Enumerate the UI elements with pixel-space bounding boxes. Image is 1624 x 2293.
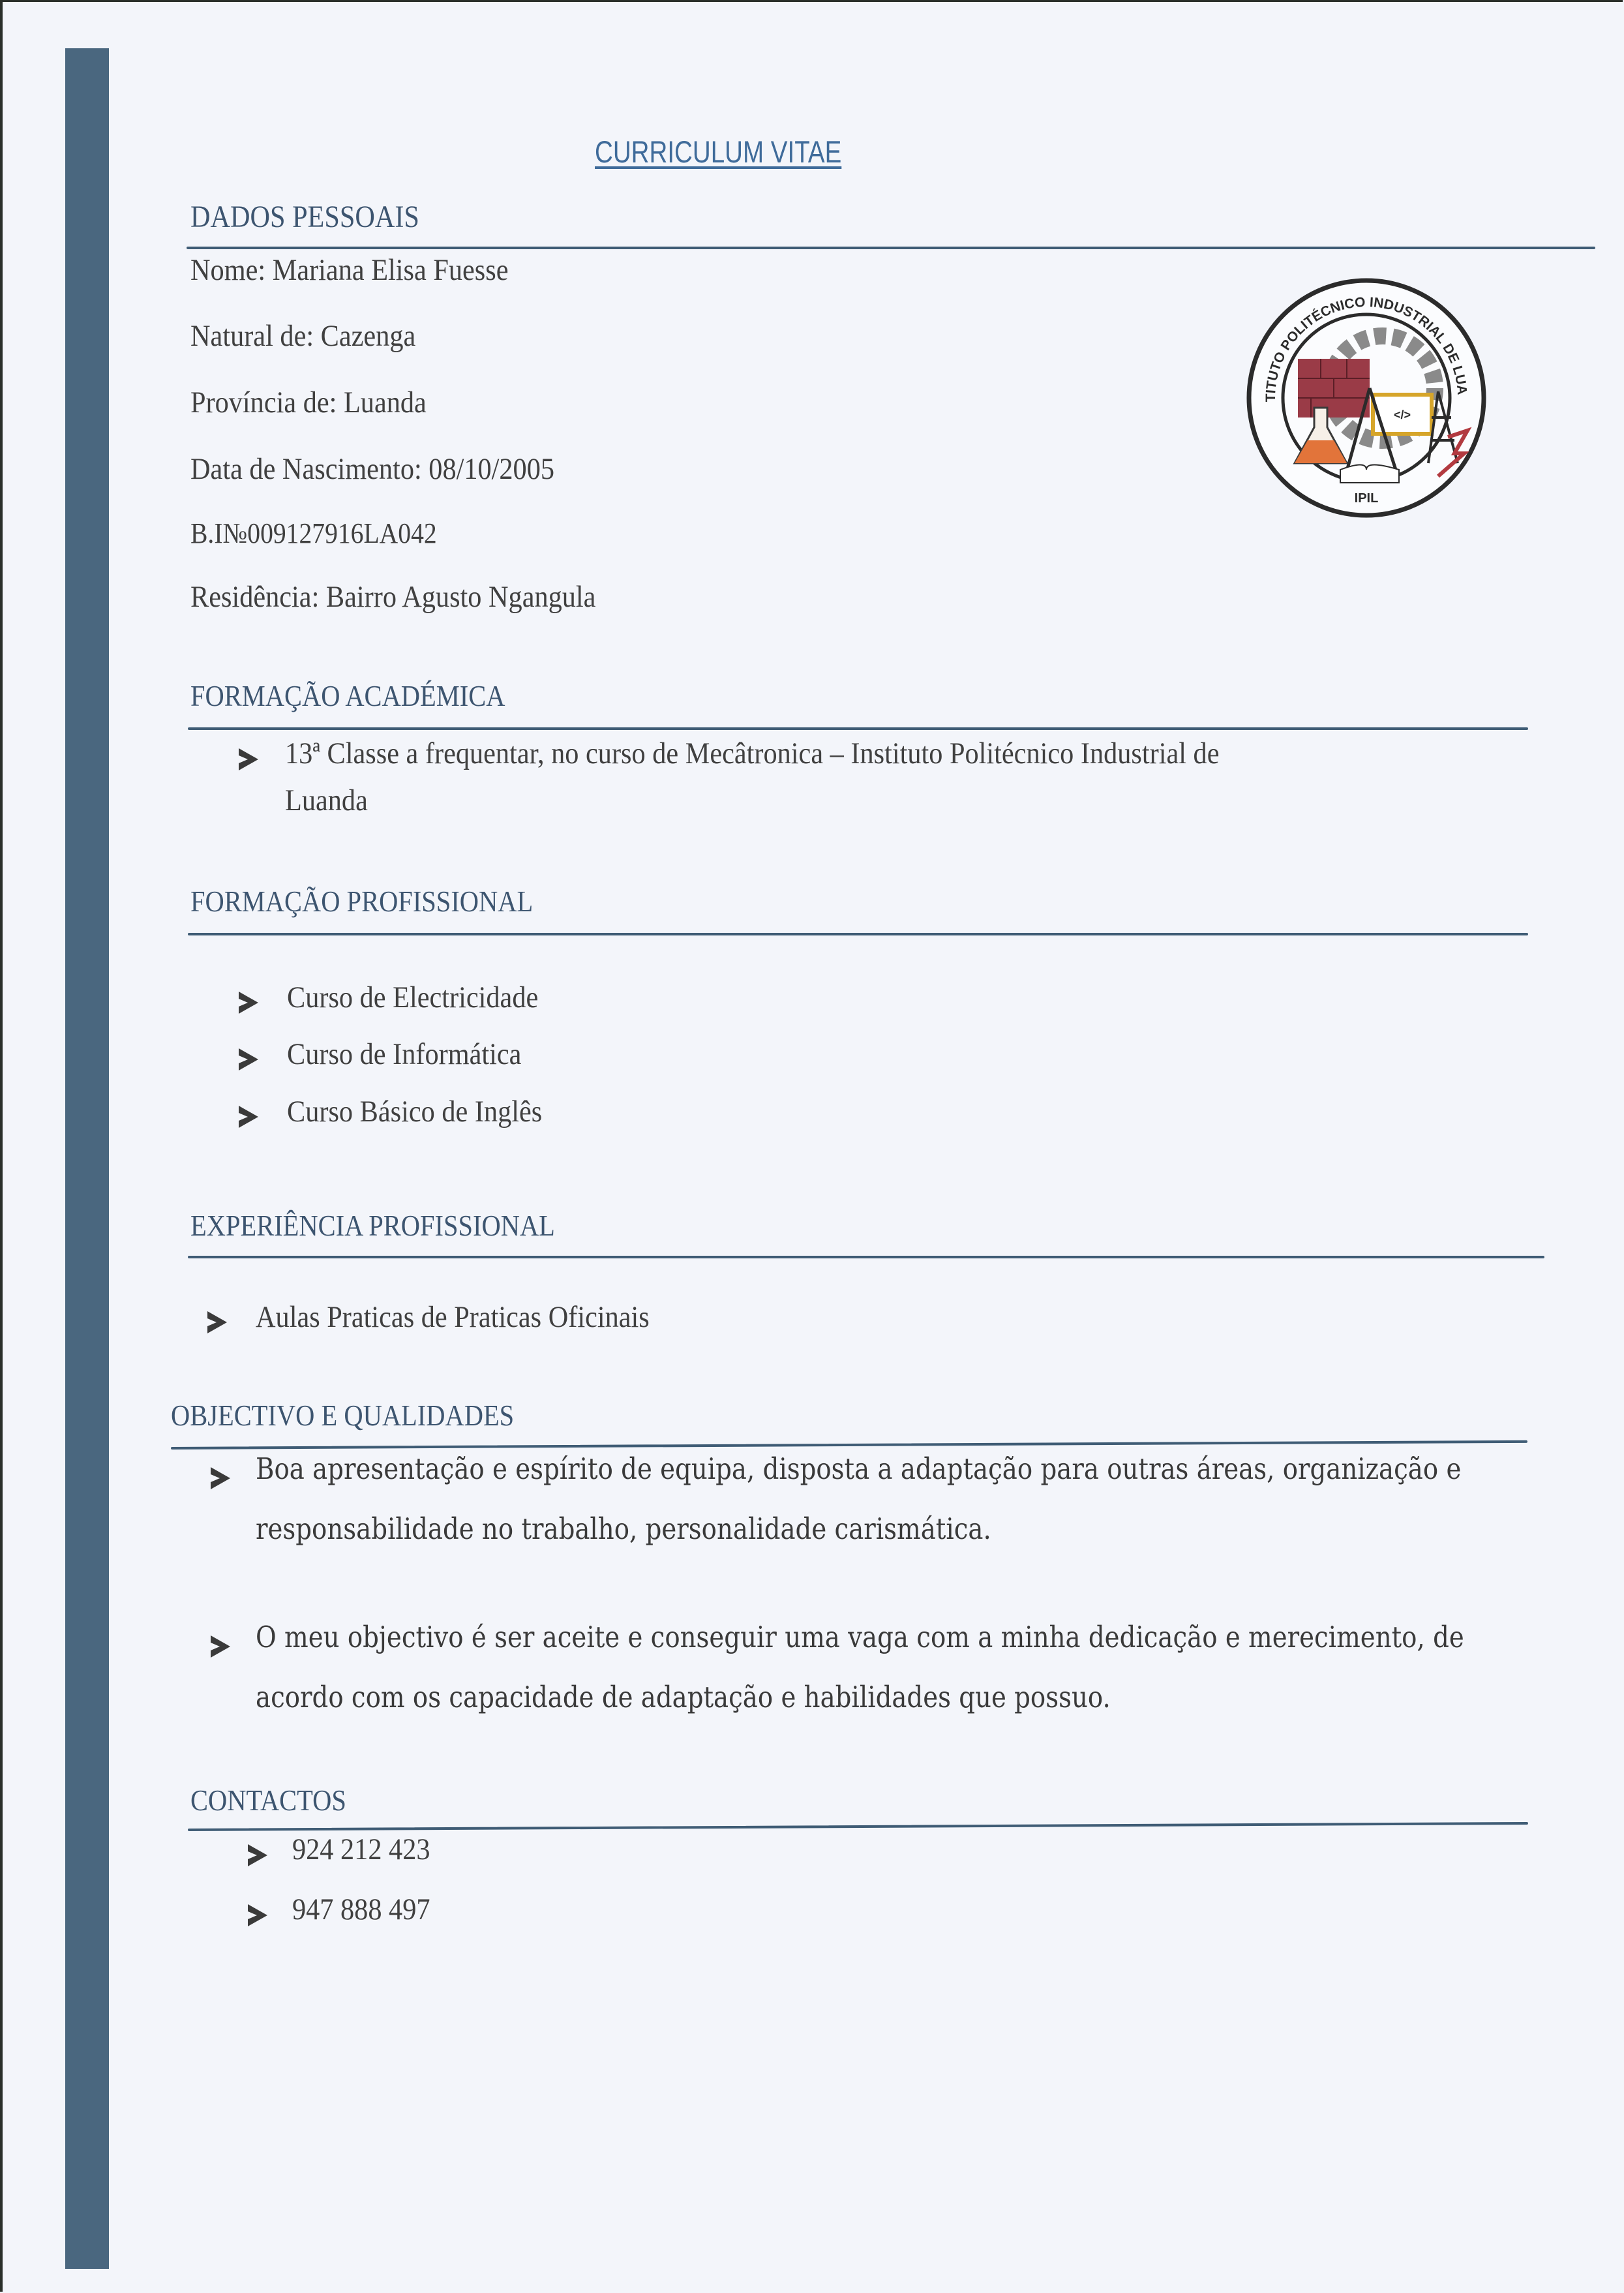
arrow-bullet-icon <box>248 1904 267 1926</box>
book-icon <box>1340 465 1399 483</box>
professional-training-item: Curso de Electricidade <box>287 980 538 1015</box>
section-heading-objectivo-qualidades: OBJECTIVO E QUALIDADES <box>171 1398 514 1433</box>
field-value: Bairro Agusto Ngangula <box>326 580 596 614</box>
professional-training-item: Curso de Informática <box>287 1037 521 1072</box>
quality-item-line1: Boa apresentação e espírito de equipa, d… <box>256 1451 1461 1486</box>
objective-item-line1: O meu objectivo é ser aceite e conseguir… <box>256 1620 1464 1654</box>
professional-training-item: Curso Básico de Inglês <box>287 1094 542 1129</box>
field-value: Mariana Elisa Fuesse <box>273 253 509 287</box>
arrow-bullet-icon <box>239 992 258 1014</box>
quality-item-line2: responsabilidade no trabalho, personalid… <box>256 1511 991 1546</box>
section-rule <box>187 247 1595 249</box>
field-value: 009127916LA042 <box>247 517 436 549</box>
field-value: 08/10/2005 <box>429 452 554 486</box>
contact-phone: 924 212 423 <box>292 1832 430 1867</box>
emblem-bottom-text: IPIL <box>1355 491 1379 506</box>
experience-item: Aulas Praticas de Praticas Oficinais <box>256 1299 650 1335</box>
section-heading-experiencia-profissional: EXPERIÊNCIA PROFISSIONAL <box>190 1208 555 1243</box>
arrow-bullet-icon <box>207 1311 227 1333</box>
field-value: Cazenga <box>321 319 416 353</box>
arrow-bullet-icon <box>211 1635 230 1658</box>
field-label: Residência: <box>190 580 319 614</box>
arrow-bullet-icon <box>239 1048 258 1071</box>
section-heading-formacao-academica: FORMAÇÃO ACADÉMICA <box>190 678 505 713</box>
field-label: B.I№ <box>190 517 247 549</box>
academic-item-line2: Luanda <box>285 783 368 818</box>
code-icon: </> <box>1394 408 1411 421</box>
field-label: Província de: <box>190 386 337 419</box>
section-heading-formacao-profissional: FORMAÇÃO PROFISSIONAL <box>190 884 533 919</box>
section-rule <box>188 933 1528 935</box>
contact-phone: 947 888 497 <box>292 1892 430 1927</box>
academic-item-line1: 13ª Classe a frequentar, no curso de Mec… <box>285 736 1219 771</box>
arrow-bullet-icon <box>239 748 258 770</box>
arrow-bullet-icon <box>239 1106 258 1128</box>
section-rule <box>188 727 1528 730</box>
field-label: Data de Nascimento: <box>190 452 422 486</box>
arrow-bullet-icon <box>248 1844 267 1866</box>
section-heading-dados-pessoais: DADOS PESSOAIS <box>190 199 419 235</box>
field-value: Luanda <box>344 386 427 419</box>
field-natural: Natural de: Cazenga <box>190 318 415 354</box>
section-rule <box>188 1256 1544 1258</box>
field-provincia: Província de: Luanda <box>190 385 427 420</box>
field-nome: Nome: Mariana Elisa Fuesse <box>190 252 509 288</box>
field-bi: B.I№009127916LA042 <box>190 517 437 550</box>
objective-item-line2: acordo com os capacidade de adaptação e … <box>256 1680 1111 1714</box>
field-data-nascimento: Data de Nascimento: 08/10/2005 <box>190 451 554 487</box>
document-title: CURRICULUM VITAE <box>595 134 841 170</box>
field-label: Nome: <box>190 253 265 287</box>
arrow-bullet-icon <box>211 1467 230 1489</box>
decorative-side-bar <box>65 48 109 2269</box>
field-residencia: Residência: Bairro Agusto Ngangula <box>190 579 595 615</box>
section-heading-contactos: CONTACTOS <box>190 1783 346 1817</box>
field-label: Natural de: <box>190 319 314 353</box>
school-logo-emblem: INSTITUTO POLITÉCNICO INDUSTRIAL DE LUAN… <box>1242 274 1490 522</box>
